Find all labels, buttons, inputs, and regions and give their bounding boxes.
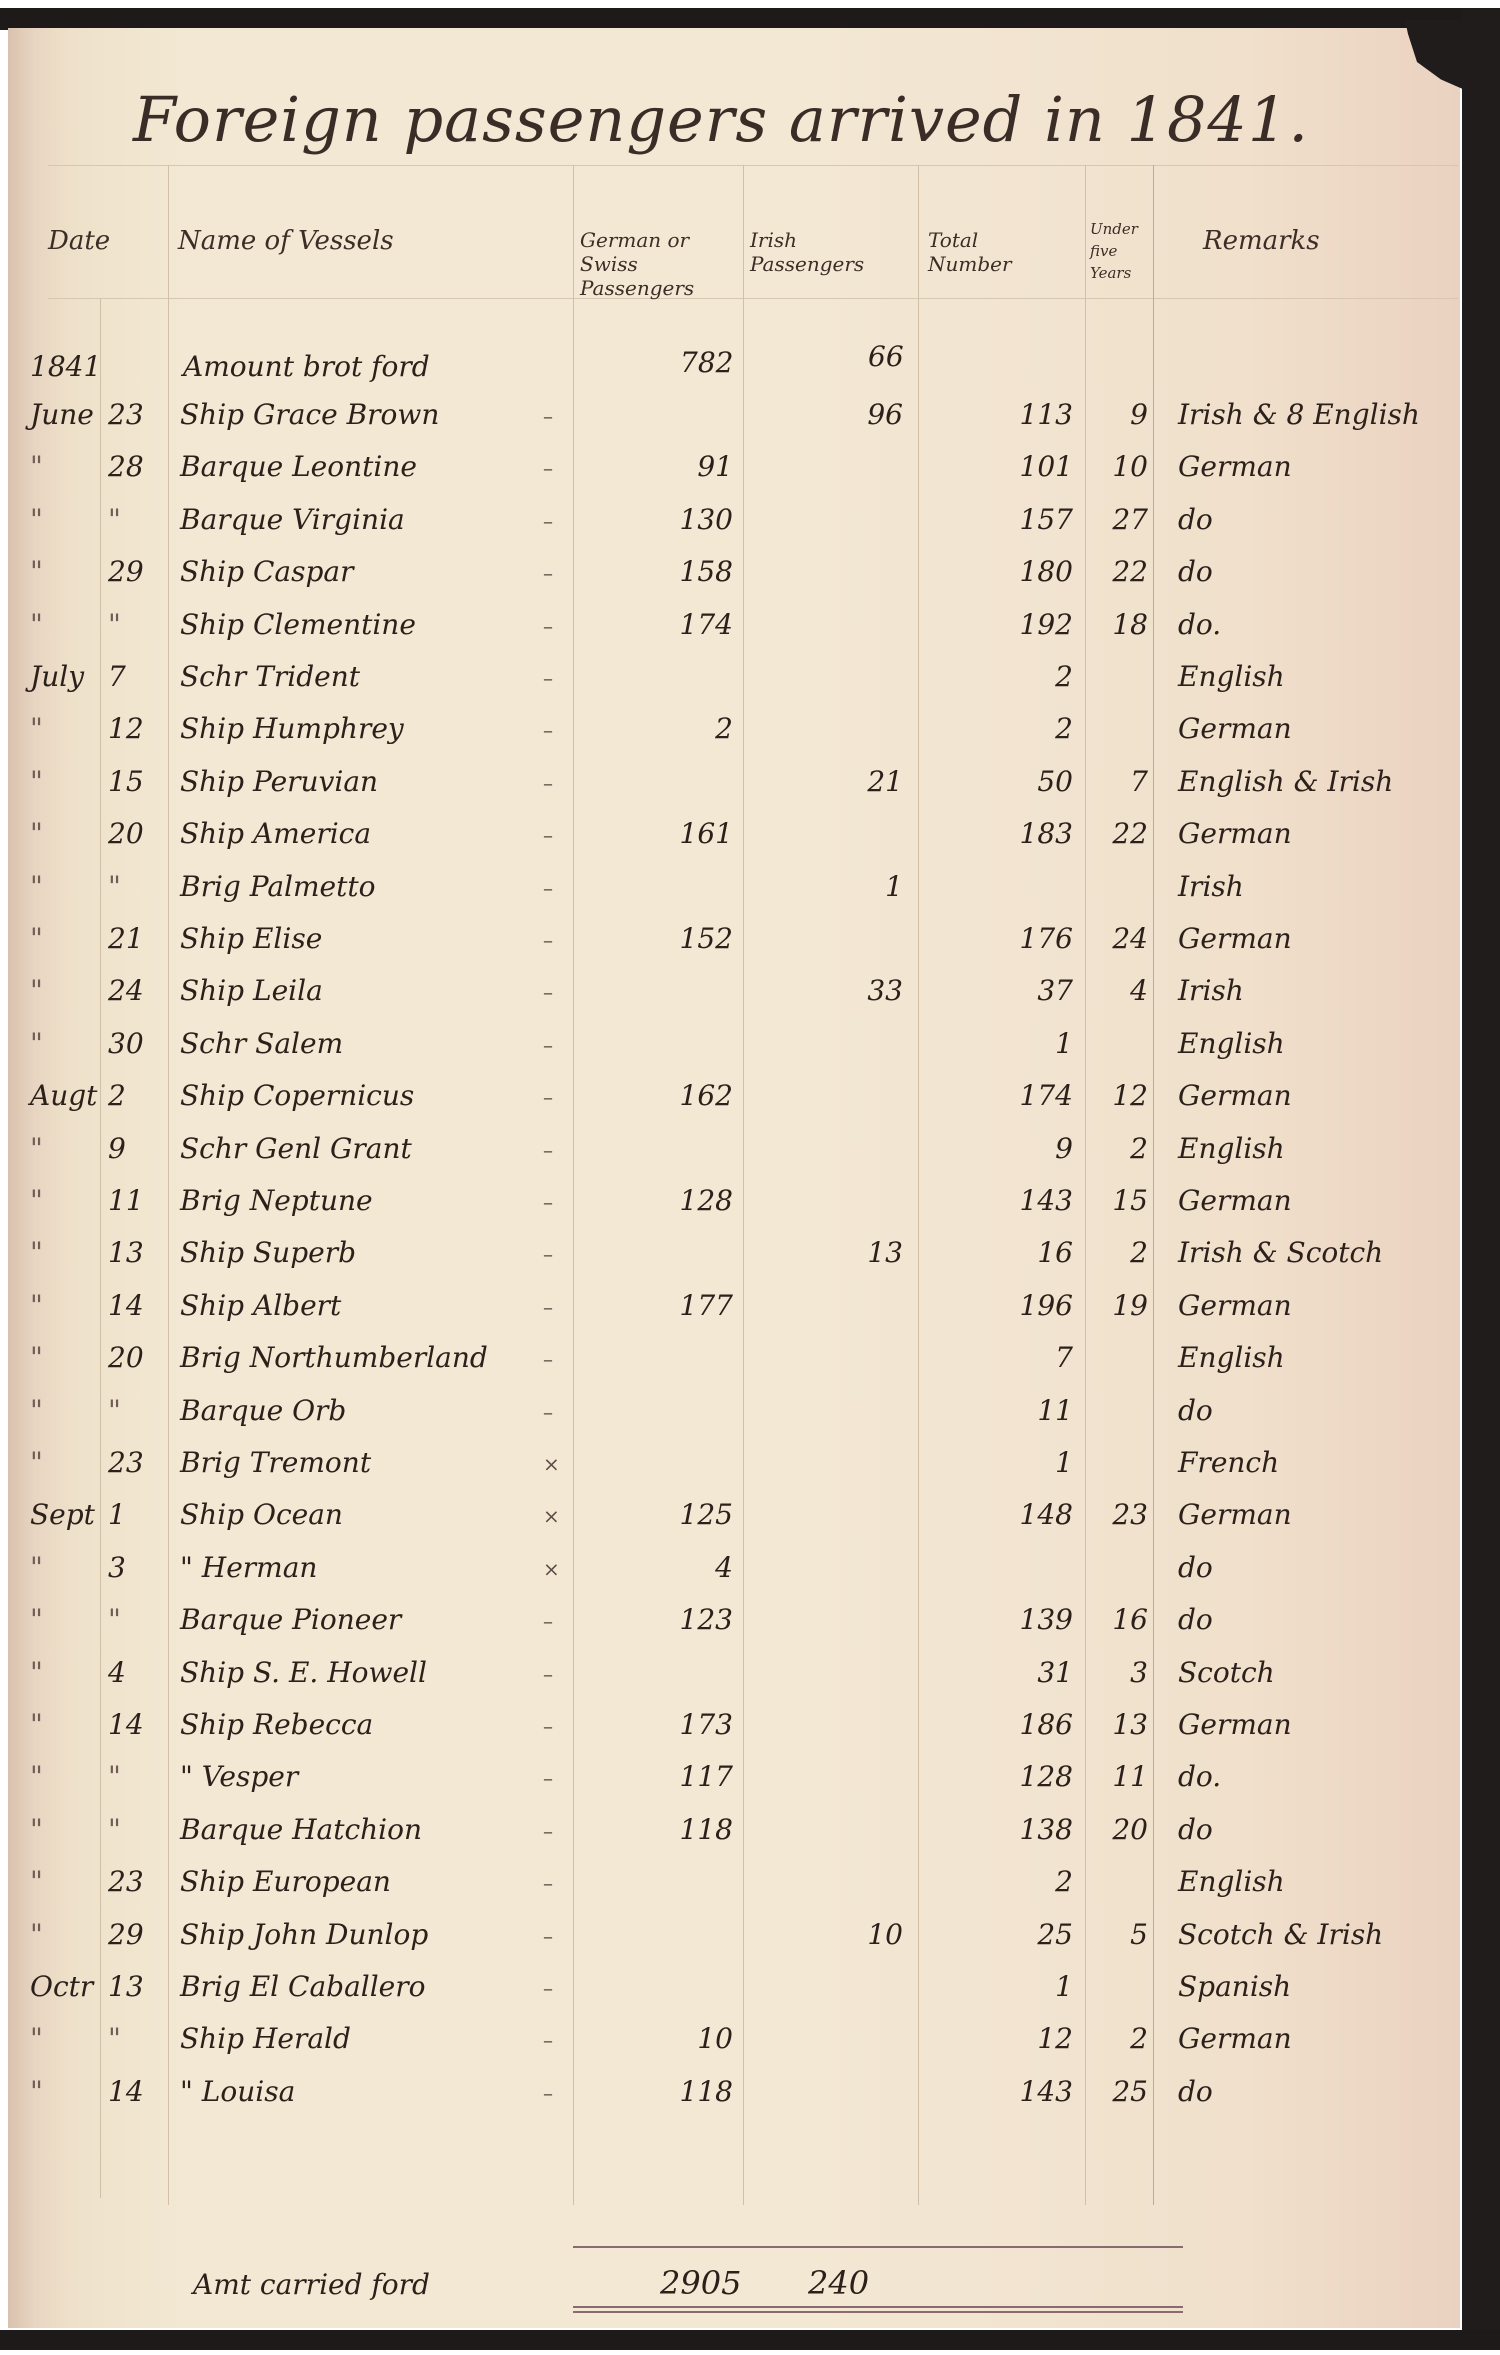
row-day: " xyxy=(108,1603,163,1636)
header-top-rule xyxy=(48,165,1458,166)
row-month: " xyxy=(30,1708,90,1741)
column-header-vessel: Name of Vessels xyxy=(178,226,394,256)
row-month: " xyxy=(30,1865,90,1898)
row-mark: – xyxy=(543,928,563,952)
row-mark: – xyxy=(543,2028,563,2052)
row-german-passengers: 91 xyxy=(608,450,733,483)
row-vessel-name: Ship Elise xyxy=(180,922,540,955)
row-remarks: do xyxy=(1178,555,1458,588)
row-day: 11 xyxy=(108,1184,163,1217)
row-remarks: German xyxy=(1178,1184,1458,1217)
row-vessel-name: Barque Orb xyxy=(180,1394,540,1427)
row-remarks: English xyxy=(1178,1341,1458,1374)
row-total-number: 1 xyxy=(943,1970,1073,2003)
row-under-five: 23 xyxy=(1093,1498,1148,1531)
row-day: 14 xyxy=(108,1708,163,1741)
row-mark: – xyxy=(543,1976,563,2000)
carried-forward-german: 2905 xyxy=(660,2264,741,2302)
row-day: 14 xyxy=(108,1289,163,1322)
row-mark: – xyxy=(543,1714,563,1738)
brought-forward-year: 1841 xyxy=(30,350,101,383)
row-mark: – xyxy=(543,771,563,795)
row-irish-passengers: 96 xyxy=(778,398,903,431)
scan-edge-bottom xyxy=(0,2330,1500,2350)
row-remarks: German xyxy=(1178,1708,1458,1741)
row-mark: – xyxy=(543,456,563,480)
row-vessel-name: Barque Leontine xyxy=(180,450,540,483)
row-vessel-name: Ship Ocean xyxy=(180,1498,540,1531)
vessel-column-divider xyxy=(573,165,574,2205)
row-under-five: 19 xyxy=(1093,1289,1148,1322)
row-german-passengers: 130 xyxy=(608,503,733,536)
row-vessel-name: Ship Herald xyxy=(180,2022,540,2055)
row-total-number: 11 xyxy=(943,1394,1073,1427)
row-total-number: 176 xyxy=(943,922,1073,955)
row-remarks: German xyxy=(1178,712,1458,745)
row-day: " xyxy=(108,1813,163,1846)
row-day: 23 xyxy=(108,1446,163,1479)
row-vessel-name: Ship Superb xyxy=(180,1236,540,1269)
row-german-passengers: 162 xyxy=(608,1079,733,1112)
row-german-passengers: 161 xyxy=(608,817,733,850)
row-mark: – xyxy=(543,1242,563,1266)
row-day: 29 xyxy=(108,555,163,588)
row-total-number: 1 xyxy=(943,1446,1073,1479)
row-total-number: 2 xyxy=(943,660,1073,693)
row-mark: – xyxy=(543,1190,563,1214)
row-remarks: Scotch & Irish xyxy=(1178,1918,1458,1951)
row-under-five: 5 xyxy=(1093,1918,1148,1951)
row-total-number: 37 xyxy=(943,974,1073,1007)
row-vessel-name: Ship Leila xyxy=(180,974,540,1007)
row-vessel-name: Ship Grace Brown xyxy=(180,398,540,431)
row-day: 29 xyxy=(108,1918,163,1951)
scan-edge-right xyxy=(1462,8,1500,2348)
row-day: 21 xyxy=(108,922,163,955)
row-mark: – xyxy=(543,1609,563,1633)
row-german-passengers: 118 xyxy=(608,1813,733,1846)
german-column-divider xyxy=(743,165,744,2205)
row-day: " xyxy=(108,1760,163,1793)
row-total-number: 2 xyxy=(943,712,1073,745)
row-total-number: 16 xyxy=(943,1236,1073,1269)
row-vessel-name: Barque Hatchion xyxy=(180,1813,540,1846)
row-remarks: do. xyxy=(1178,608,1458,641)
row-under-five: 2 xyxy=(1093,1236,1148,1269)
row-total-number: 180 xyxy=(943,555,1073,588)
totals-double-rule-2 xyxy=(573,2311,1183,2313)
row-month: " xyxy=(30,1184,90,1217)
row-german-passengers: 173 xyxy=(608,1708,733,1741)
row-mark: × xyxy=(543,1557,563,1581)
row-german-passengers: 2 xyxy=(608,712,733,745)
row-month: " xyxy=(30,1236,90,1269)
row-total-number: 7 xyxy=(943,1341,1073,1374)
row-total-number: 9 xyxy=(943,1132,1073,1165)
row-month: " xyxy=(30,1656,90,1689)
row-total-number: 174 xyxy=(943,1079,1073,1112)
row-remarks: do xyxy=(1178,2075,1458,2108)
row-vessel-name: Ship Albert xyxy=(180,1289,540,1322)
row-german-passengers: 152 xyxy=(608,922,733,955)
row-total-number: 50 xyxy=(943,765,1073,798)
row-german-passengers: 10 xyxy=(608,2022,733,2055)
row-under-five: 15 xyxy=(1093,1184,1148,1217)
row-remarks: German xyxy=(1178,1079,1458,1112)
column-header-total: Total Number xyxy=(928,228,1068,276)
row-day: " xyxy=(108,2022,163,2055)
row-total-number: 2 xyxy=(943,1865,1073,1898)
row-remarks: German xyxy=(1178,1498,1458,1531)
row-mark: – xyxy=(543,1085,563,1109)
row-month: " xyxy=(30,1446,90,1479)
totals-double-rule-1 xyxy=(573,2306,1183,2308)
row-day: 4 xyxy=(108,1656,163,1689)
brought-forward-label: Amount brot ford xyxy=(183,350,430,383)
row-mark: – xyxy=(543,509,563,533)
row-day: 12 xyxy=(108,712,163,745)
row-under-five: 25 xyxy=(1093,2075,1148,2108)
row-mark: – xyxy=(543,2081,563,2105)
row-mark: × xyxy=(543,1452,563,1476)
row-vessel-name: Brig Tremont xyxy=(180,1446,540,1479)
row-month: Octr xyxy=(30,1970,90,2003)
row-mark: – xyxy=(543,1662,563,1686)
row-month: " xyxy=(30,2075,90,2108)
row-mark: – xyxy=(543,561,563,585)
row-mark: – xyxy=(543,1924,563,1948)
row-under-five: 3 xyxy=(1093,1656,1148,1689)
row-under-five: 22 xyxy=(1093,555,1148,588)
row-german-passengers: 117 xyxy=(608,1760,733,1793)
row-total-number: 12 xyxy=(943,2022,1073,2055)
date-column-divider xyxy=(100,298,101,2198)
row-day: 20 xyxy=(108,1341,163,1374)
row-total-number: 183 xyxy=(943,817,1073,850)
row-vessel-name: Barque Pioneer xyxy=(180,1603,540,1636)
row-remarks: German xyxy=(1178,1289,1458,1322)
row-vessel-name: Ship John Dunlop xyxy=(180,1918,540,1951)
row-total-number: 192 xyxy=(943,608,1073,641)
row-under-five: 24 xyxy=(1093,922,1148,955)
row-remarks: Irish & 8 English xyxy=(1178,398,1458,431)
row-remarks: Irish xyxy=(1178,870,1458,903)
row-remarks: do xyxy=(1178,1394,1458,1427)
row-irish-passengers: 33 xyxy=(778,974,903,1007)
row-remarks: German xyxy=(1178,450,1458,483)
page-title: Foreign passengers arrived in 1841. xyxy=(133,83,1333,156)
day-column-divider xyxy=(168,165,169,2205)
row-under-five: 16 xyxy=(1093,1603,1148,1636)
row-mark: – xyxy=(543,1400,563,1424)
row-mark: – xyxy=(543,404,563,428)
row-month: " xyxy=(30,712,90,745)
carried-forward-label: Amt carried ford xyxy=(193,2268,430,2301)
row-irish-passengers: 1 xyxy=(778,870,903,903)
carried-forward-irish: 240 xyxy=(808,2264,869,2302)
row-mark: – xyxy=(543,1347,563,1371)
row-day: 23 xyxy=(108,398,163,431)
row-under-five: 13 xyxy=(1093,1708,1148,1741)
header-bottom-rule xyxy=(48,298,1458,299)
row-vessel-name: Ship Humphrey xyxy=(180,712,540,745)
row-mark: – xyxy=(543,1766,563,1790)
brought-forward-irish: 66 xyxy=(868,340,904,373)
row-mark: – xyxy=(543,1819,563,1843)
row-vessel-name: " Vesper xyxy=(180,1760,540,1793)
totals-top-rule xyxy=(573,2246,1183,2248)
row-under-five: 12 xyxy=(1093,1079,1148,1112)
column-header-under-five: Under five Years xyxy=(1090,218,1150,284)
row-under-five: 20 xyxy=(1093,1813,1148,1846)
row-mark: – xyxy=(543,823,563,847)
scan-edge-top xyxy=(0,8,1465,30)
row-month: Sept xyxy=(30,1498,90,1531)
row-total-number: 128 xyxy=(943,1760,1073,1793)
row-month: " xyxy=(30,1918,90,1951)
row-remarks: Irish & Scotch xyxy=(1178,1236,1458,1269)
ledger-page: Foreign passengers arrived in 1841. Date… xyxy=(8,28,1460,2328)
row-vessel-name: Brig Palmetto xyxy=(180,870,540,903)
row-remarks: Scotch xyxy=(1178,1656,1458,1689)
row-mark: – xyxy=(543,1033,563,1057)
row-vessel-name: Schr Genl Grant xyxy=(180,1132,540,1165)
row-month: " xyxy=(30,503,90,536)
brought-forward-german: 782 xyxy=(680,346,733,379)
row-vessel-name: Ship Clementine xyxy=(180,608,540,641)
row-vessel-name: Ship Copernicus xyxy=(180,1079,540,1112)
row-total-number: 143 xyxy=(943,2075,1073,2108)
row-mark: – xyxy=(543,876,563,900)
row-under-five: 27 xyxy=(1093,503,1148,536)
row-total-number: 143 xyxy=(943,1184,1073,1217)
row-remarks: Irish xyxy=(1178,974,1458,1007)
row-vessel-name: Ship European xyxy=(180,1865,540,1898)
row-under-five: 22 xyxy=(1093,817,1148,850)
row-vessel-name: " Herman xyxy=(180,1551,540,1584)
row-mark: – xyxy=(543,1138,563,1162)
row-month: " xyxy=(30,1551,90,1584)
under-five-column-divider xyxy=(1153,165,1154,2205)
row-total-number: 138 xyxy=(943,1813,1073,1846)
row-remarks: German xyxy=(1178,922,1458,955)
row-remarks: German xyxy=(1178,817,1458,850)
column-header-irish: Irish Passengers xyxy=(750,228,900,276)
row-month: " xyxy=(30,1813,90,1846)
row-day: 24 xyxy=(108,974,163,1007)
row-month: " xyxy=(30,450,90,483)
row-mark: – xyxy=(543,980,563,1004)
row-under-five: 2 xyxy=(1093,1132,1148,1165)
row-day: " xyxy=(108,503,163,536)
row-total-number: 196 xyxy=(943,1289,1073,1322)
row-month: July xyxy=(30,660,90,693)
row-german-passengers: 177 xyxy=(608,1289,733,1322)
row-remarks: English xyxy=(1178,1027,1458,1060)
row-month: " xyxy=(30,608,90,641)
row-under-five: 11 xyxy=(1093,1760,1148,1793)
row-month: " xyxy=(30,817,90,850)
row-month: " xyxy=(30,1341,90,1374)
row-mark: – xyxy=(543,1295,563,1319)
row-remarks: English xyxy=(1178,660,1458,693)
row-under-five: 9 xyxy=(1093,398,1148,431)
row-irish-passengers: 13 xyxy=(778,1236,903,1269)
row-mark: – xyxy=(543,718,563,742)
row-remarks: do. xyxy=(1178,1760,1458,1793)
row-mark: – xyxy=(543,1871,563,1895)
row-month: " xyxy=(30,870,90,903)
row-day: 2 xyxy=(108,1079,163,1112)
row-month: " xyxy=(30,555,90,588)
row-remarks: do xyxy=(1178,503,1458,536)
row-day: 7 xyxy=(108,660,163,693)
row-day: " xyxy=(108,870,163,903)
row-german-passengers: 118 xyxy=(608,2075,733,2108)
row-german-passengers: 158 xyxy=(608,555,733,588)
row-month: June xyxy=(30,398,90,431)
row-remarks: do xyxy=(1178,1551,1458,1584)
row-vessel-name: Ship America xyxy=(180,817,540,850)
row-remarks: English xyxy=(1178,1865,1458,1898)
row-under-five: 4 xyxy=(1093,974,1148,1007)
row-remarks: Spanish xyxy=(1178,1970,1458,2003)
row-total-number: 139 xyxy=(943,1603,1073,1636)
row-day: 13 xyxy=(108,1236,163,1269)
row-total-number: 1 xyxy=(943,1027,1073,1060)
row-month: " xyxy=(30,974,90,1007)
row-vessel-name: Brig Northumberland xyxy=(180,1341,540,1374)
row-day: 15 xyxy=(108,765,163,798)
row-month: " xyxy=(30,2022,90,2055)
row-vessel-name: Ship S. E. Howell xyxy=(180,1656,540,1689)
row-irish-passengers: 21 xyxy=(778,765,903,798)
row-total-number: 25 xyxy=(943,1918,1073,1951)
row-total-number: 186 xyxy=(943,1708,1073,1741)
row-day: 1 xyxy=(108,1498,163,1531)
column-header-remarks: Remarks xyxy=(1203,226,1320,256)
row-total-number: 101 xyxy=(943,450,1073,483)
row-mark: – xyxy=(543,614,563,638)
row-vessel-name: Ship Rebecca xyxy=(180,1708,540,1741)
row-day: 28 xyxy=(108,450,163,483)
row-remarks: do xyxy=(1178,1603,1458,1636)
row-german-passengers: 125 xyxy=(608,1498,733,1531)
row-day: 3 xyxy=(108,1551,163,1584)
row-vessel-name: Barque Virginia xyxy=(180,503,540,536)
total-column-divider xyxy=(1085,165,1086,2205)
row-month: " xyxy=(30,922,90,955)
row-german-passengers: 128 xyxy=(608,1184,733,1217)
row-under-five: 7 xyxy=(1093,765,1148,798)
row-vessel-name: Brig El Caballero xyxy=(180,1970,540,2003)
row-day: 23 xyxy=(108,1865,163,1898)
row-total-number: 148 xyxy=(943,1498,1073,1531)
row-vessel-name: Brig Neptune xyxy=(180,1184,540,1217)
row-day: 13 xyxy=(108,1970,163,2003)
row-german-passengers: 174 xyxy=(608,608,733,641)
scan-frame: Foreign passengers arrived in 1841. Date… xyxy=(0,0,1500,2355)
row-vessel-name: Schr Salem xyxy=(180,1027,540,1060)
row-total-number: 31 xyxy=(943,1656,1073,1689)
row-vessel-name: Ship Caspar xyxy=(180,555,540,588)
column-header-german: German or Swiss Passengers xyxy=(580,228,730,300)
row-day: 14 xyxy=(108,2075,163,2108)
row-day: 20 xyxy=(108,817,163,850)
row-remarks: German xyxy=(1178,2022,1458,2055)
irish-column-divider xyxy=(918,165,919,2205)
column-header-date: Date xyxy=(48,226,110,256)
row-month: " xyxy=(30,1289,90,1322)
row-vessel-name: Ship Peruvian xyxy=(180,765,540,798)
row-mark: × xyxy=(543,1504,563,1528)
row-german-passengers: 4 xyxy=(608,1551,733,1584)
row-under-five: 18 xyxy=(1093,608,1148,641)
row-month: Augt xyxy=(30,1079,90,1112)
row-day: 9 xyxy=(108,1132,163,1165)
row-vessel-name: " Louisa xyxy=(180,2075,540,2108)
row-month: " xyxy=(30,1760,90,1793)
row-month: " xyxy=(30,1603,90,1636)
row-month: " xyxy=(30,1027,90,1060)
row-under-five: 2 xyxy=(1093,2022,1148,2055)
row-remarks: English xyxy=(1178,1132,1458,1165)
row-day: " xyxy=(108,608,163,641)
row-month: " xyxy=(30,1394,90,1427)
row-vessel-name: Schr Trident xyxy=(180,660,540,693)
row-day: 30 xyxy=(108,1027,163,1060)
row-day: " xyxy=(108,1394,163,1427)
row-remarks: English & Irish xyxy=(1178,765,1458,798)
row-remarks: do xyxy=(1178,1813,1458,1846)
row-irish-passengers: 10 xyxy=(778,1918,903,1951)
row-german-passengers: 123 xyxy=(608,1603,733,1636)
row-remarks: French xyxy=(1178,1446,1458,1479)
row-total-number: 157 xyxy=(943,503,1073,536)
row-month: " xyxy=(30,765,90,798)
row-total-number: 113 xyxy=(943,398,1073,431)
row-under-five: 10 xyxy=(1093,450,1148,483)
row-month: " xyxy=(30,1132,90,1165)
row-mark: – xyxy=(543,666,563,690)
